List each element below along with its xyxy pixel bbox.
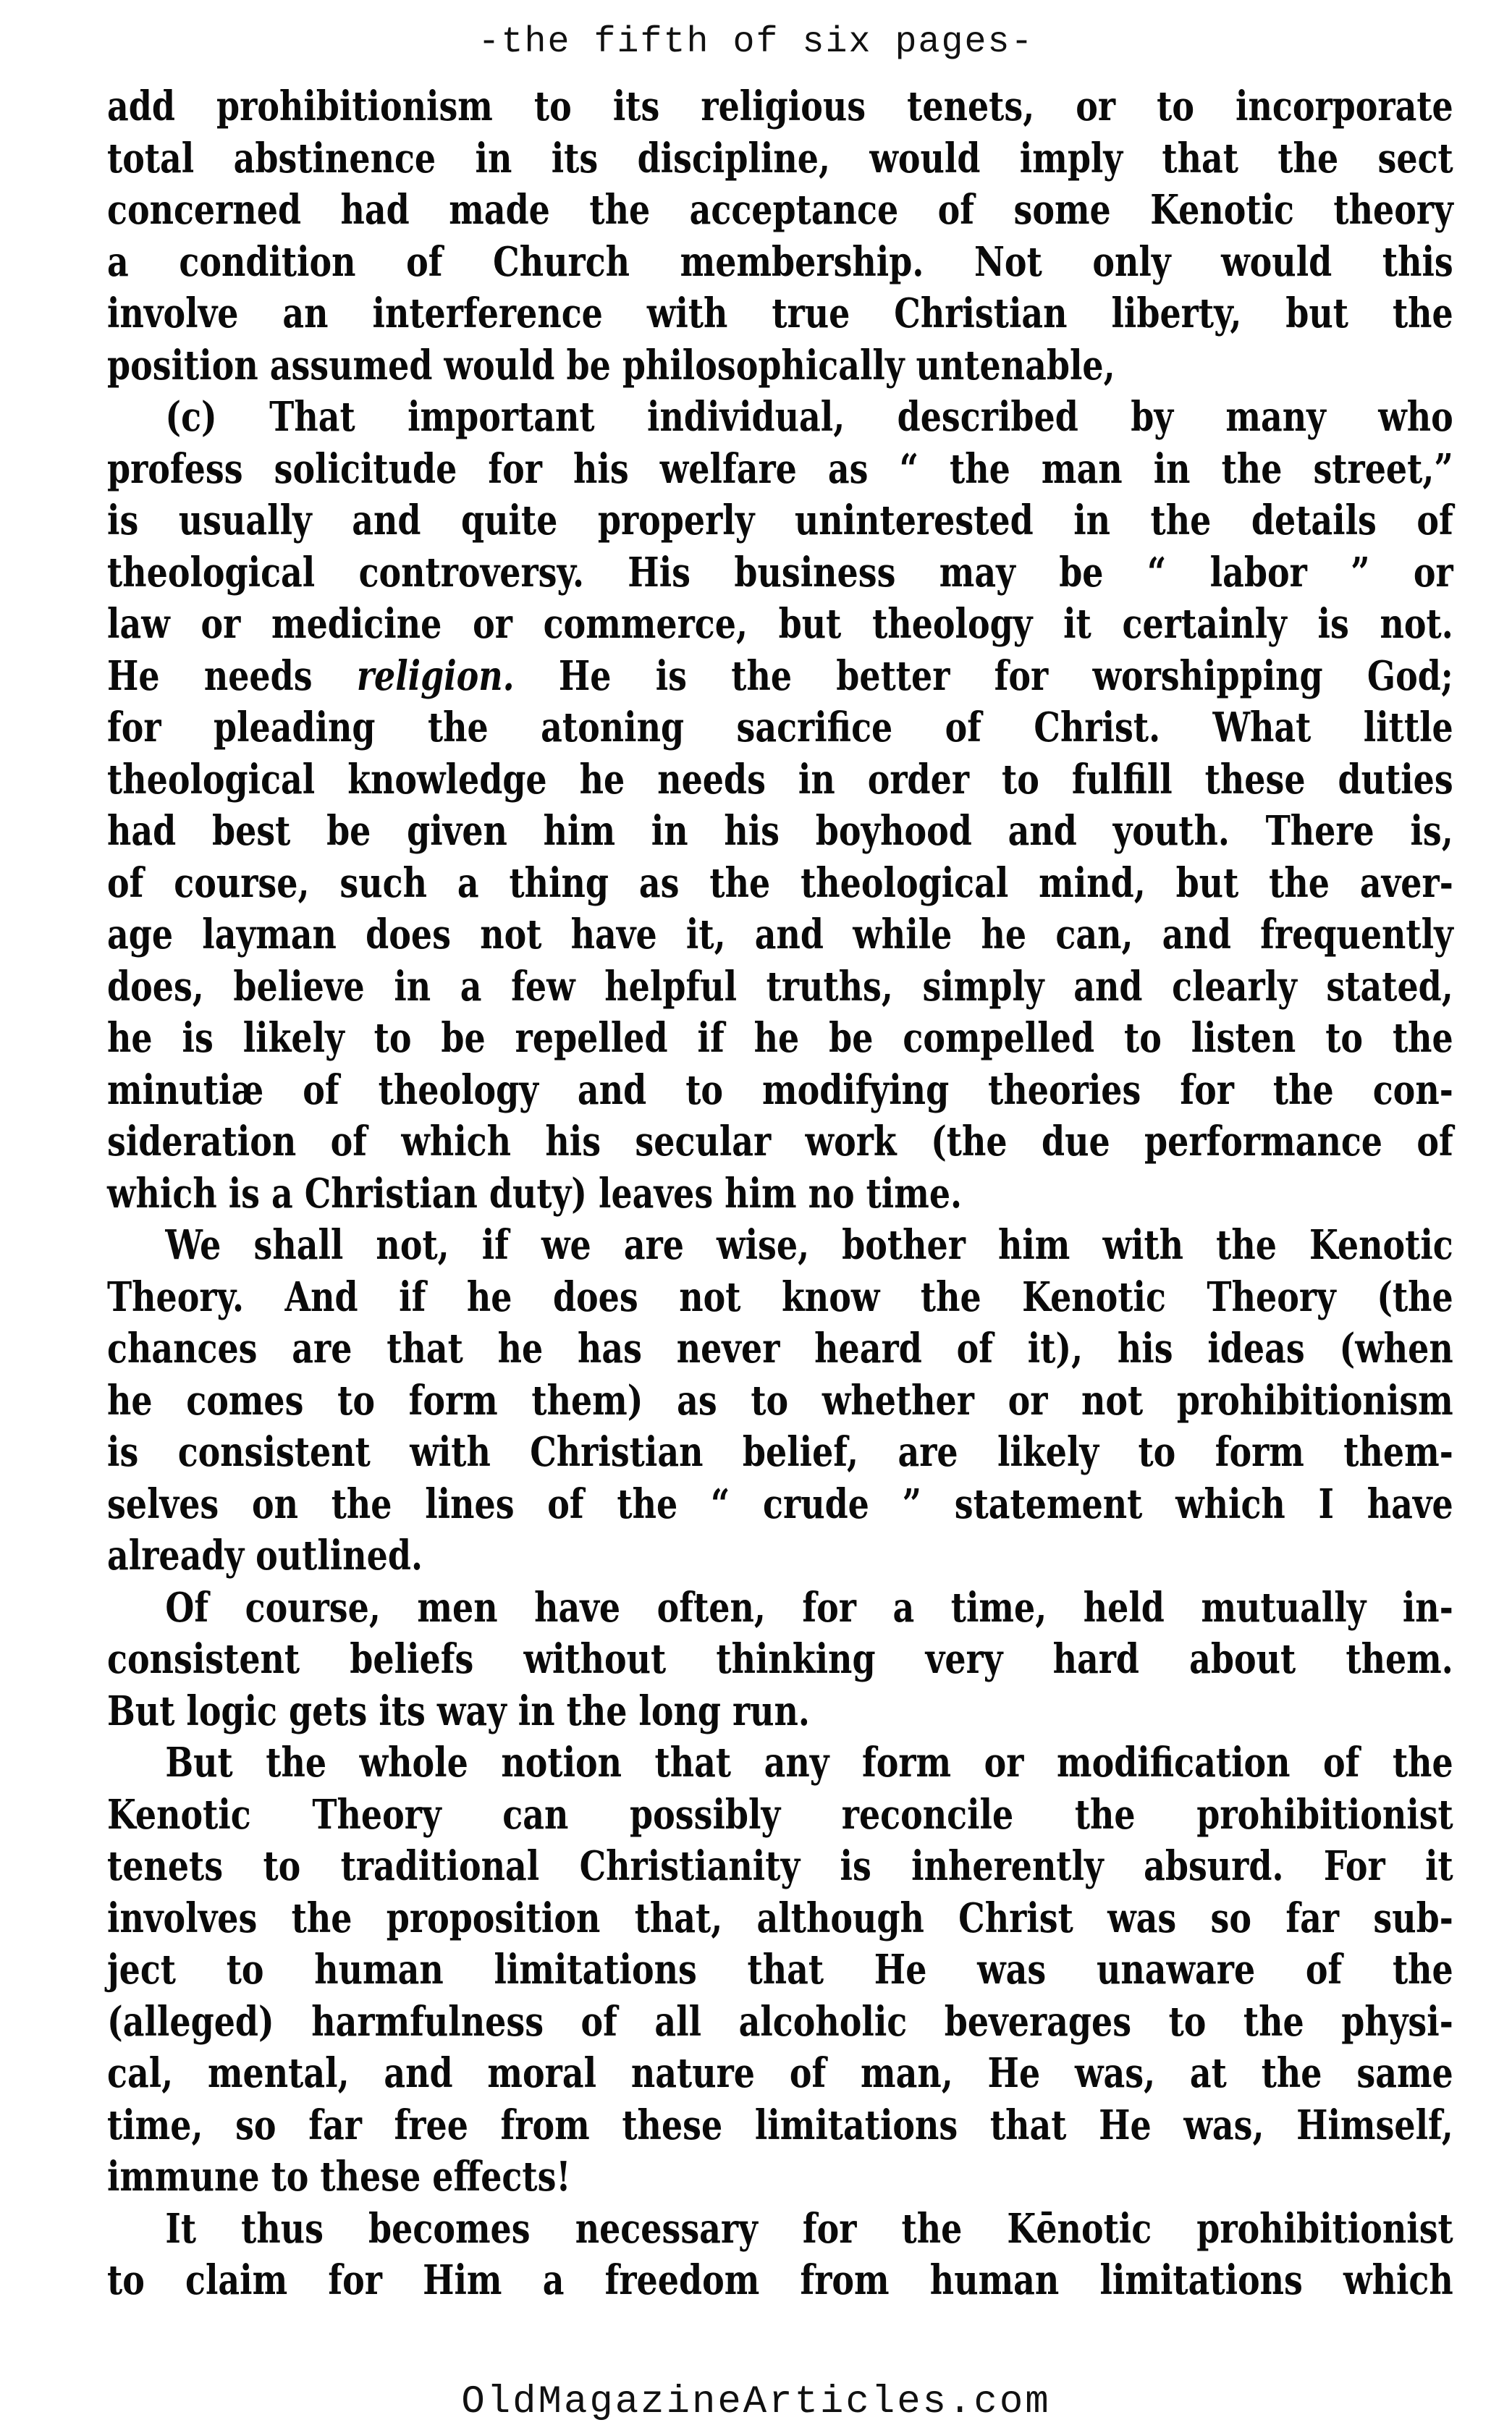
text-line: of course, such a thing as the theologic… bbox=[107, 858, 1453, 910]
emphasized-word: religion. bbox=[357, 652, 515, 700]
text-line: immune to these effects! bbox=[107, 2151, 1453, 2204]
text-line: total abstinence in its discipline, woul… bbox=[107, 133, 1453, 185]
text-line: does, believe in a few helpful truths, s… bbox=[107, 961, 1453, 1013]
text-line: involves the proposition that, although … bbox=[107, 1893, 1453, 1945]
text-line: (c) That important individual, described… bbox=[107, 392, 1453, 444]
text-line: concerned had made the acceptance of som… bbox=[107, 185, 1453, 237]
text-line: consistent beliefs without thinking very… bbox=[107, 1634, 1453, 1686]
text-line: (alleged) harmfulness of all alcoholic b… bbox=[107, 1996, 1453, 2049]
text-line: sideration of which his secular work (th… bbox=[107, 1116, 1453, 1168]
text-line: cal, mental, and moral nature of man, He… bbox=[107, 2048, 1453, 2100]
text-line: add prohibitionism to its religious tene… bbox=[107, 81, 1453, 133]
text-line: profess solicitude for his welfare as “ … bbox=[107, 444, 1453, 496]
text-line: is consistent with Christian belief, are… bbox=[107, 1427, 1453, 1479]
text-line: involve an interference with true Christ… bbox=[107, 288, 1453, 340]
text-line: had best be given him in his boyhood and… bbox=[107, 806, 1453, 858]
source-watermark: OldMagazineArticles.com bbox=[0, 2380, 1512, 2424]
text-line: position assumed would be philosophicall… bbox=[107, 340, 1453, 392]
text-line: law or medicine or commerce, but theolog… bbox=[107, 599, 1453, 651]
text-line: minutiæ of theology and to modifying the… bbox=[107, 1065, 1453, 1117]
text-line: But logic gets its way in the long run. bbox=[107, 1686, 1453, 1738]
text-line: selves on the lines of the “ crude ” sta… bbox=[107, 1479, 1453, 1531]
text-line: he comes to form them) as to whether or … bbox=[107, 1375, 1453, 1428]
text-line: It thus becomes necessary for the Kēnoti… bbox=[107, 2204, 1453, 2256]
text-line: already outlined. bbox=[107, 1530, 1453, 1582]
page-indicator: -the fifth of six pages- bbox=[0, 22, 1512, 63]
text-line: theological knowledge he needs in order … bbox=[107, 754, 1453, 806]
article-body: add prohibitionism to its religious tene… bbox=[107, 81, 1453, 2307]
text-line: theological controversy. His business ma… bbox=[107, 547, 1453, 599]
text-line: to claim for Him a freedom from human li… bbox=[107, 2255, 1453, 2307]
text-line: We shall not, if we are wise, bother him… bbox=[107, 1220, 1453, 1272]
text-line: is usually and quite properly uninterest… bbox=[107, 495, 1453, 547]
text-line: time, so far free from these limitations… bbox=[107, 2100, 1453, 2152]
text-line: age layman does not have it, and while h… bbox=[107, 909, 1453, 961]
text-line: Of course, men have often, for a time, h… bbox=[107, 1582, 1453, 1635]
text-line: tenets to traditional Christianity is in… bbox=[107, 1841, 1453, 1893]
text-line: ject to human limitations that He was un… bbox=[107, 1944, 1453, 1996]
text-line: a condition of Church membership. Not on… bbox=[107, 237, 1453, 289]
text-line: he is likely to be repelled if he be com… bbox=[107, 1013, 1453, 1065]
text-line: Theory. And if he does not know the Keno… bbox=[107, 1272, 1453, 1324]
text-line: Kenotic Theory can possibly reconcile th… bbox=[107, 1789, 1453, 1842]
text-line: for pleading the atoning sacrifice of Ch… bbox=[107, 702, 1453, 754]
text-line: chances are that he has never heard of i… bbox=[107, 1323, 1453, 1375]
text-line: which is a Christian duty) leaves him no… bbox=[107, 1168, 1453, 1220]
text-line: He needs religion. He is the better for … bbox=[107, 651, 1453, 703]
text-line: But the whole notion that any form or mo… bbox=[107, 1737, 1453, 1789]
